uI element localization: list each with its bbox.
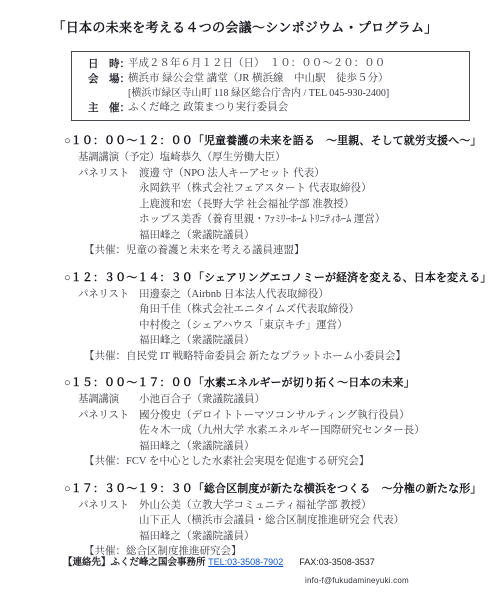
session-row: 永岡鉄平（株式会社フェアスタート 代表取締役） <box>78 181 490 197</box>
role-label: パネリスト <box>78 166 139 182</box>
session-header: ○１２：３０～１４：３０「シェアリングエコノミーが経済を変える、日本を変える」 <box>64 271 490 285</box>
session-row: 福田峰之（衆議院議員） <box>78 529 490 545</box>
role-label <box>78 333 139 349</box>
role-label <box>78 439 139 455</box>
cohost-note: 【共催：FCV を中心とした水素社会実現を促進する研究会】 <box>84 454 490 470</box>
person-name: 福田峰之（衆議院議員） <box>139 333 255 349</box>
venue-address: [横浜市緑区寺山町 118 緑区総合庁舎内 / TEL 045-930-2400… <box>128 87 461 102</box>
session-3: ○１５：００～１７：００「水素エネルギーが切り拓く～日本の未来」 基調講演 小池… <box>0 376 490 470</box>
role-label: 基調講演 <box>78 392 139 408</box>
organizer-label: 主 催： <box>88 101 128 116</box>
session-row: 基調講演 小池百合子（衆議院議員） <box>78 392 490 408</box>
role-label <box>78 302 139 318</box>
session-row: 福田峰之（衆議院議員） <box>78 228 490 244</box>
person-name: 渡邊 守（NPO 法人キーアセット 代表） <box>139 166 325 182</box>
person-name: 福田峰之（衆議院議員） <box>139 228 255 244</box>
venue-label: 会 場： <box>88 72 128 87</box>
role-label: 基調講演（予定） <box>78 150 160 166</box>
organizer-value: ふくだ峰之 政策まつり実行委員会 <box>128 101 288 116</box>
session-row: ホップス美香（養育里親・ﾌｧﾐﾘｰﾎｰﾑ ﾄﾘﾆﾃｨﾎｰﾑ 運営） <box>78 212 490 228</box>
session-2: ○１２：３０～１４：３０「シェアリングエコノミーが経済を変える、日本を変える」 … <box>0 271 490 365</box>
session-row: 中村俊之（シェアハウス「東京キチ」運営） <box>78 318 490 334</box>
person-name: 永岡鉄平（株式会社フェアスタート 代表取締役） <box>139 181 372 197</box>
role-label <box>78 513 139 529</box>
role-label: パネリスト <box>78 408 139 424</box>
session-row: 角田千佳（株式会社エニタイムズ代表取締役） <box>78 302 490 318</box>
session-header: ○１７：３０～１９：３０「総合区制度が新たな横浜をつくる ～分権の新たな形」 <box>64 482 490 496</box>
datetime-value: 平成２８年６月１２日（日） １０：００～２０：００ <box>128 57 385 72</box>
event-info-box: 日 時： 平成２８年６月１２日（日） １０：００～２０：００ 会 場： 横浜市 … <box>71 51 470 121</box>
session-row: 福田峰之（衆議院議員） <box>78 439 490 455</box>
cohost-note: 【共催：児童の養護と未来を考える議員連盟】 <box>84 243 490 259</box>
info-row-organizer: 主 催： ふくだ峰之 政策まつり実行委員会 <box>80 101 461 116</box>
contact-line: 【連絡先】ふくだ峰之国会事務所 TEL:03-3508-7902FAX:03-3… <box>63 556 490 569</box>
session-row: 山下正人（横浜市会議員・総合区制度推進研究会 代表） <box>78 513 490 529</box>
role-label <box>78 423 139 439</box>
person-name: 福田峰之（衆議院議員） <box>139 439 255 455</box>
person-name: 佐々木一成（九州大学 水素エネルギー国際研究センター長） <box>139 423 425 439</box>
page-title: 「日本の未来を考える４つの会議～シンポジウム・プログラム」 <box>6 20 484 36</box>
person-name: 福田峰之（衆議院議員） <box>139 529 255 545</box>
session-row: 基調講演（予定） 塩崎恭久（厚生労働大臣） <box>78 150 490 166</box>
fax-number: FAX:03-3508-3537 <box>299 557 375 567</box>
session-row: 上鹿渡和宏（長野大学 社会福祉学部 准教授） <box>78 197 490 213</box>
contact-label: 【連絡先】ふくだ峰之国会事務所 <box>63 557 208 568</box>
role-label: パネリスト <box>78 498 139 514</box>
venue-value: 横浜市 緑公会堂 講堂（JR 横浜線 中山駅 徒歩５分） <box>128 72 388 87</box>
person-name: 上鹿渡和宏（長野大学 社会福祉学部 准教授） <box>139 197 354 213</box>
person-name: 小池百合子（衆議院議員） <box>139 392 265 408</box>
role-label <box>78 197 139 213</box>
contact-footer: 【連絡先】ふくだ峰之国会事務所 TEL:03-3508-7902FAX:03-3… <box>0 556 490 585</box>
session-row: パネリスト 國分俊史（デロイトトーマツコンサルティング執行役員） <box>78 408 490 424</box>
person-name: 中村俊之（シェアハウス「東京キチ」運営） <box>139 318 348 334</box>
info-row-datetime: 日 時： 平成２８年６月１２日（日） １０：００～２０：００ <box>80 57 461 72</box>
session-header: ○１０：００～１２：００「児童養護の未来を語る ～里親、そして就労支援へ～」 <box>64 134 490 148</box>
person-name: ホップス美香（養育里親・ﾌｧﾐﾘｰﾎｰﾑ ﾄﾘﾆﾃｨﾎｰﾑ 運営） <box>139 212 385 228</box>
info-row-venue: 会 場： 横浜市 緑公会堂 講堂（JR 横浜線 中山駅 徒歩５分） <box>80 72 461 87</box>
cohost-note: 【共催：自民党 IT 戦略特命委員会 新たなプラットホーム小委員会】 <box>84 349 490 365</box>
person-name: 山下正人（横浜市会議員・総合区制度推進研究会 代表） <box>139 513 404 529</box>
session-header: ○１５：００～１７：００「水素エネルギーが切り拓く～日本の未来」 <box>64 376 490 390</box>
session-row: パネリスト 田邊泰之（Airbnb 日本法人代表取締役） <box>78 287 490 303</box>
role-label <box>78 318 139 334</box>
role-label <box>78 181 139 197</box>
session-1: ○１０：００～１２：００「児童養護の未来を語る ～里親、そして就労支援へ～」 基… <box>0 134 490 259</box>
role-label: パネリスト <box>78 287 139 303</box>
session-4: ○１７：３０～１９：３０「総合区制度が新たな横浜をつくる ～分権の新たな形」 パ… <box>0 482 490 560</box>
person-name: 國分俊史（デロイトトーマツコンサルティング執行役員） <box>139 408 410 424</box>
role-label <box>78 228 139 244</box>
email-address: info-f@fukudamineyuki.com <box>305 576 490 585</box>
session-row: パネリスト 渡邊 守（NPO 法人キーアセット 代表） <box>78 166 490 182</box>
person-name: 角田千佳（株式会社エニタイムズ代表取締役） <box>139 302 359 318</box>
session-row: 福田峰之（衆議院議員） <box>78 333 490 349</box>
role-label <box>78 212 139 228</box>
role-label <box>78 529 139 545</box>
person-name: 塩崎恭久（厚生労働大臣） <box>160 150 286 166</box>
person-name: 外山公美（立教大学コミュニティ福祉学部 教授） <box>139 498 372 514</box>
datetime-label: 日 時： <box>88 57 128 72</box>
session-row: パネリスト 外山公美（立教大学コミュニティ福祉学部 教授） <box>78 498 490 514</box>
person-name: 田邊泰之（Airbnb 日本法人代表取締役） <box>139 287 329 303</box>
tel-link[interactable]: TEL:03-3508-7902 <box>208 557 283 567</box>
session-row: 佐々木一成（九州大学 水素エネルギー国際研究センター長） <box>78 423 490 439</box>
session-list: ○１０：００～１２：００「児童養護の未来を語る ～里親、そして就労支援へ～」 基… <box>0 134 490 560</box>
